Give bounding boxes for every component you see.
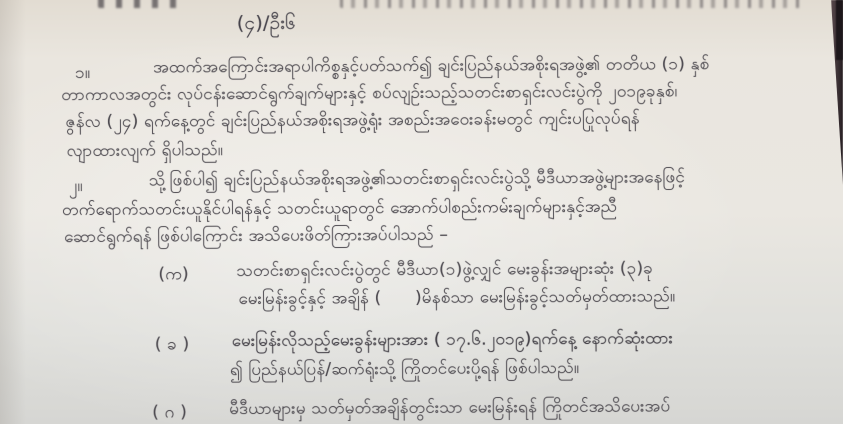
paragraph-2-line-1: သို့ဖြစ်ပါ၍ ချင်းပြည်နယ်အစိုးရအဖွဲ့၏သတင်… <box>149 165 685 193</box>
list-item-kha-line-1: မေးမြန်းလိုသည့်မေးခွန်းများအား ( ၁၇.၆.၂၀… <box>232 326 673 353</box>
document-page: (၄)/ဦး၆ ၁။ အထက်အကြောင်းအရာပါကိစ္စနှင့်ပတ… <box>0 0 843 424</box>
list-item-ga-line-1: မီဒီယာများမှ သတ်မှတ်အချိန်တွင်းသာ မေးမြန… <box>229 394 670 421</box>
paragraph-1-line-4: လျာထားလျက် ရှိပါသည်။ <box>67 138 224 164</box>
list-item-ka-line-1: သတင်းစာရှင်းလင်းပွဲတွင် မီဒီယာ(၁)ဖွဲ့လျှ… <box>236 257 653 284</box>
reference-number: (၄)/ဦး၆ <box>237 10 296 38</box>
paragraph-1-line-1: အထက်အကြောင်းအရာပါကိစ္စနှင့်ပတ်သက်၍ ချင်း… <box>153 52 709 80</box>
paragraph-2-line-3: ဆောင်ရွက်ရန် ဖြစ်ပါကြောင်း အသိပေးဖိတ်ကြာ… <box>64 223 448 250</box>
list-item-ga-label: ( ဂ ) <box>152 400 187 424</box>
paragraph-2-number: ၂။ <box>69 174 83 199</box>
paragraph-1-line-3: ဇွန်လ (၂၄) ရက်နေ့တွင် ချင်းပြည်နယ်အစိုးရ… <box>65 107 639 135</box>
list-item-kha-line-2: ၍ ပြည်နယ်ပြန်/ဆက်ရုံးသို့ ကြိုတင်ပေးပို့… <box>230 356 579 383</box>
list-item-ka-line-2: မေးမြန်းခွင့်နှင့် အချိန် ( )မိနစ်သာ မေး… <box>238 284 675 311</box>
paragraph-2-line-2: တက်ရောက်သတင်းယူနိုင်ပါရန်နှင့် သတင်းယူရာ… <box>62 195 617 223</box>
paragraph-1-line-2: တာကာလအတွင်း လုပ်ငန်းဆောင်ရွက်ချက်များနှင… <box>61 79 677 107</box>
list-item-kha-label: ( ခ ) <box>155 332 190 357</box>
list-item-ka-label: (က) <box>158 262 189 287</box>
